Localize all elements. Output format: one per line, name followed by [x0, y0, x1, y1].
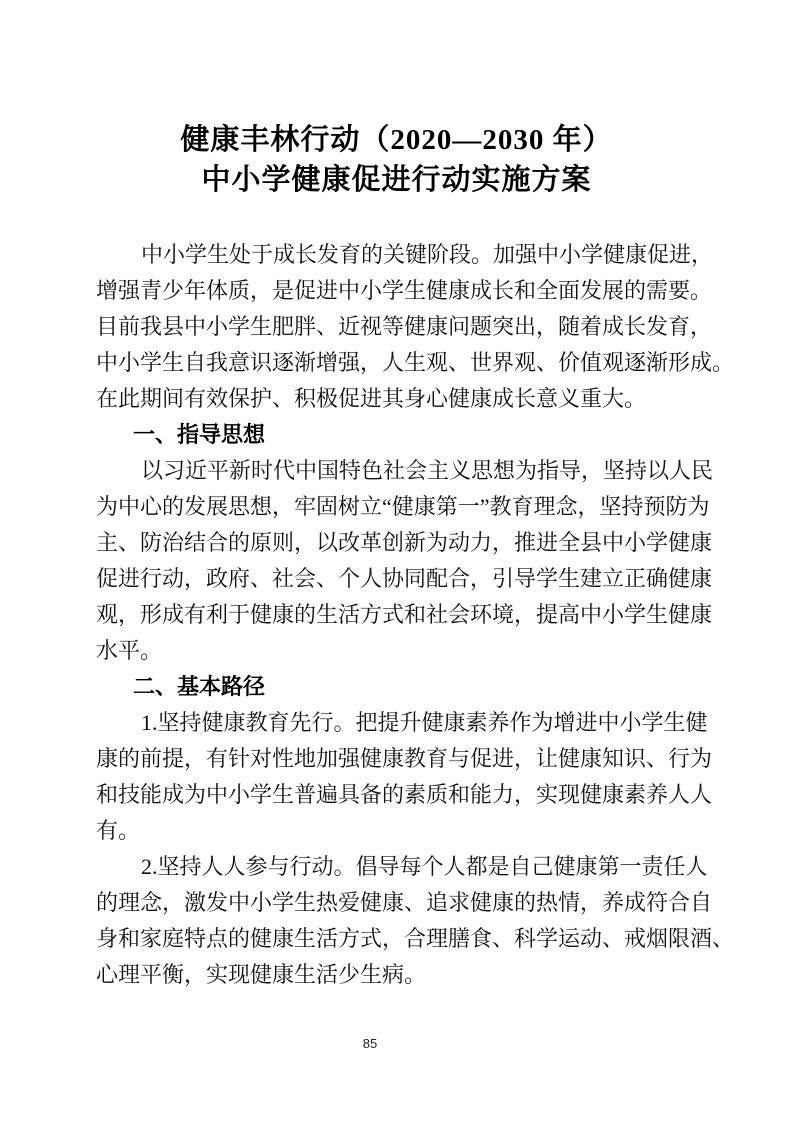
- paragraph: 中小学生处于成长发育的关键阶段。加强中小学健康促进，增强青少年体质，是促进中小学…: [96, 237, 703, 417]
- text-line: 以习近平新时代中国特色社会主义思想为指导，坚持以人民: [96, 453, 703, 489]
- text-line: 心理平衡，实现健康生活少生病。: [96, 957, 703, 993]
- text-line: 中小学生自我意识逐渐增强，人生观、世界观、价值观逐渐形成。: [96, 345, 703, 381]
- text-line: 1.坚持健康教育先行。把提升健康素养作为增进中小学生健: [96, 705, 703, 741]
- text-line: 和技能成为中小学生普遍具备的素质和能力，实现健康素养人人: [96, 777, 703, 813]
- paragraph: 2.坚持人人参与行动。倡导每个人都是自己健康第一责任人的理念，激发中小学生热爱健…: [96, 849, 703, 993]
- document-page: 健康丰林行动（2020—2030 年） 中小学健康促进行动实施方案 中小学生处于…: [0, 0, 793, 1122]
- text-line: 康的前提，有针对性地加强健康教育与促进，让健康知识、行为: [96, 741, 703, 777]
- text-line: 2.坚持人人参与行动。倡导每个人都是自己健康第一责任人: [96, 849, 703, 885]
- section-heading: 二、基本路径: [96, 669, 703, 705]
- section-heading: 一、指导思想: [96, 417, 703, 453]
- paragraph: 1.坚持健康教育先行。把提升健康素养作为增进中小学生健康的前提，有针对性地加强健…: [96, 705, 703, 849]
- title-line-1: 健康丰林行动（2020—2030 年）: [0, 120, 793, 160]
- text-line: 的理念，激发中小学生热爱健康、追求健康的热情，养成符合自: [96, 885, 703, 921]
- page-number: 85: [0, 1035, 740, 1053]
- text-line: 中小学生处于成长发育的关键阶段。加强中小学健康促进，: [96, 237, 703, 273]
- text-line: 在此期间有效保护、积极促进其身心健康成长意义重大。: [96, 381, 703, 417]
- text-line: 为中心的发展思想，牢固树立“健康第一”教育理念，坚持预防为: [96, 489, 703, 525]
- text-line: 有。: [96, 813, 703, 849]
- title-line-2: 中小学健康促进行动实施方案: [0, 160, 793, 200]
- text-line: 水平。: [96, 633, 703, 669]
- text-line: 观，形成有利于健康的生活方式和社会环境，提高中小学生健康: [96, 597, 703, 633]
- text-line: 促进行动，政府、社会、个人协同配合，引导学生建立正确健康: [96, 561, 703, 597]
- text-line: 主、防治结合的原则，以改革创新为动力，推进全县中小学健康: [96, 525, 703, 561]
- text-line: 目前我县中小学生肥胖、近视等健康问题突出，随着成长发育，: [96, 309, 703, 345]
- paragraph: 以习近平新时代中国特色社会主义思想为指导，坚持以人民为中心的发展思想，牢固树立“…: [96, 453, 703, 669]
- document-title: 健康丰林行动（2020—2030 年） 中小学健康促进行动实施方案: [0, 120, 793, 200]
- text-line: 身和家庭特点的健康生活方式，合理膳食、科学运动、戒烟限酒、: [96, 921, 703, 957]
- text-line: 增强青少年体质，是促进中小学生健康成长和全面发展的需要。: [96, 273, 703, 309]
- document-body: 中小学生处于成长发育的关键阶段。加强中小学健康促进，增强青少年体质，是促进中小学…: [96, 237, 703, 993]
